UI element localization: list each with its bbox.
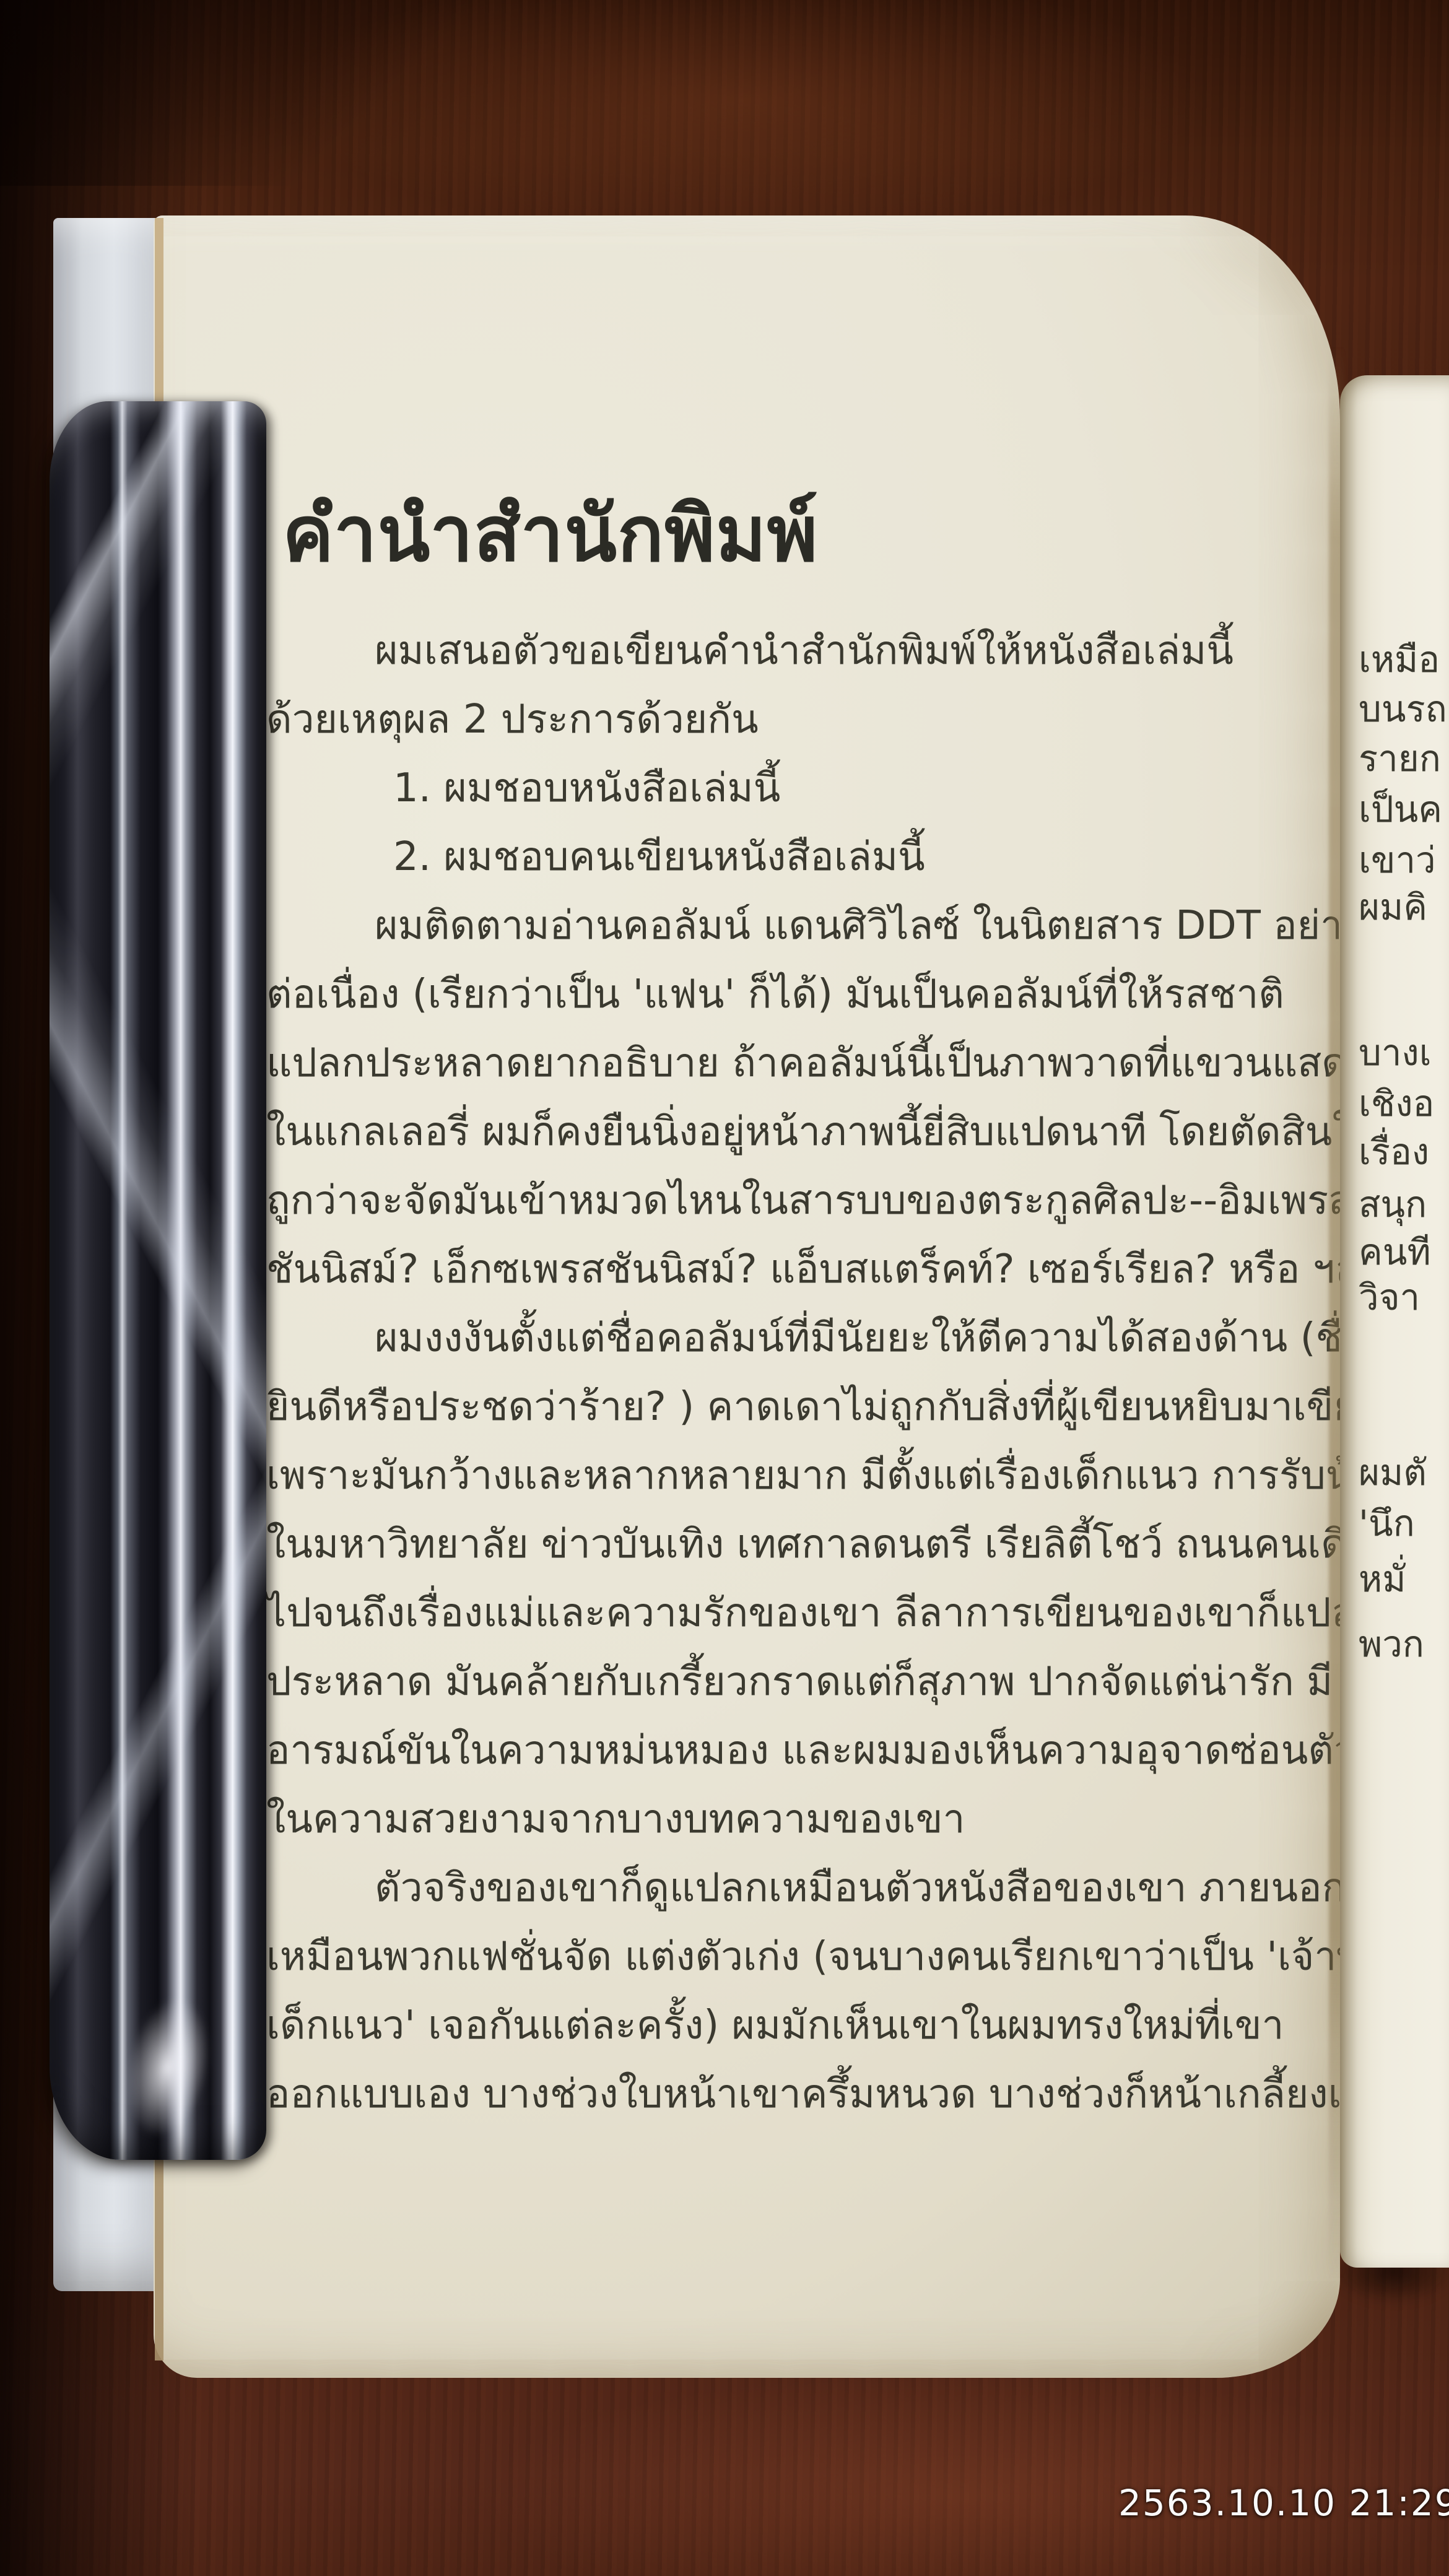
text-line: เด็กแนว' เจอกันแต่ละครั้ง) ผมมักเห็นเขาใ… xyxy=(266,1991,1331,2060)
text-line: ต่อเนื่อง (เรียกว่าเป็น 'แฟน' ก็ได้) มัน… xyxy=(266,960,1331,1029)
book-right-page-edge: เหมือ บนรถ รายก เป็นค เขาว่ ผมคิ บางเ เช… xyxy=(1340,375,1449,2268)
text-line: ผมเสนอตัวขอเขียนคำนำสำนักพิมพ์ให้หนังสือ… xyxy=(266,617,1331,685)
page-title: คำนำสำนักพิมพ์ xyxy=(282,472,818,594)
text-line-fragment: พวก xyxy=(1359,1615,1424,1673)
text-line: เพราะมันกว้างและหลากหลายมาก มีตั้งแต่เรื… xyxy=(266,1442,1331,1510)
text-line: แปลกประหลาดยากอธิบาย ถ้าคอลัมน์นี้เป็นภา… xyxy=(266,1029,1331,1098)
text-line-fragment: ผมคิ xyxy=(1359,878,1427,936)
text-line: ไปจนถึงเรื่องแม่และความรักของเขา ลีลาการ… xyxy=(266,1579,1331,1648)
text-line-fragment: บางเ xyxy=(1359,1024,1432,1081)
text-line: ผมงงงันตั้งแต่ชื่อคอลัมน์ที่มีนัยยะให้ตี… xyxy=(266,1304,1331,1373)
text-line-fragment: รายก xyxy=(1359,729,1441,787)
text-line: ตัวจริงของเขาก็ดูแปลกเหมือนตัวหนังสือของ… xyxy=(266,1854,1331,1923)
text-line: อารมณ์ขันในความหม่นหมอง และผมมองเห็นความ… xyxy=(266,1717,1331,1785)
page-text-block: ผมเสนอตัวขอเขียนคำนำสำนักพิมพ์ให้หนังสือ… xyxy=(266,617,1331,2129)
text-line: เหมือนพวกแฟชั่นจัด แต่งตัวเก่ง (จนบางคนเ… xyxy=(266,1923,1331,1991)
text-line: ด้วยเหตุผล 2 ประการด้วยกัน xyxy=(266,685,1331,754)
text-line: ผมติดตามอ่านคอลัมน์ แดนศิวิไลซ์ ในนิตยสา… xyxy=(266,892,1331,960)
text-line-fragment: หมั่ xyxy=(1359,1550,1406,1608)
text-line-fragment: เป็นค xyxy=(1359,780,1442,838)
text-line: ออกแบบเอง บางช่วงใบหน้าเขาครึ้มหนวด บางช… xyxy=(266,2060,1331,2129)
text-line: ยินดีหรือประชดว่าร้าย? ) คาดเดาไม่ถูกกับ… xyxy=(266,1373,1331,1442)
text-line-fragment: วิจา xyxy=(1359,1268,1420,1326)
text-line: ในมหาวิทยาลัย ข่าวบันเทิง เทศกาลดนตรี เร… xyxy=(266,1510,1331,1579)
text-line: ชันนิสม์? เอ็กซเพรสชันนิสม์? แอ็บสแตร็คท… xyxy=(266,1235,1331,1304)
wood-corner-shadow xyxy=(0,0,557,186)
text-line-fragment: ผมตั xyxy=(1359,1443,1427,1501)
text-line: ประหลาด มันคล้ายกับเกรี้ยวกราดแต่ก็สุภาพ… xyxy=(266,1648,1331,1717)
text-line-fragment: เรื่อง xyxy=(1359,1123,1429,1180)
text-line: ถูกว่าจะจัดมันเข้าหมวดไหนในสารบบของตระกู… xyxy=(266,1167,1331,1235)
text-line: 2. ผมชอบคนเขียนหนังสือเล่มนี้ xyxy=(266,823,1331,892)
photo-open-book-on-table: คำนำสำนักพิมพ์ ผมเสนอตัวขอเขียนคำนำสำนัก… xyxy=(0,0,1449,2576)
text-line: ในแกลเลอรี่ ผมก็คงยืนนิ่งอยู่หน้าภาพนี้ย… xyxy=(266,1098,1331,1167)
text-line: 1. ผมชอบหนังสือเล่มนี้ xyxy=(266,754,1331,823)
text-line: ในความสวยงามจากบางบทความของเขา xyxy=(266,1785,1331,1854)
text-line-fragment: 'นึก xyxy=(1359,1494,1415,1552)
book-left-page: คำนำสำนักพิมพ์ ผมเสนอตัวขอเขียนคำนำสำนัก… xyxy=(154,215,1340,2378)
camera-timestamp: 2563.10.10 21:29 xyxy=(1118,2482,1449,2524)
metal-clip xyxy=(50,401,266,2160)
